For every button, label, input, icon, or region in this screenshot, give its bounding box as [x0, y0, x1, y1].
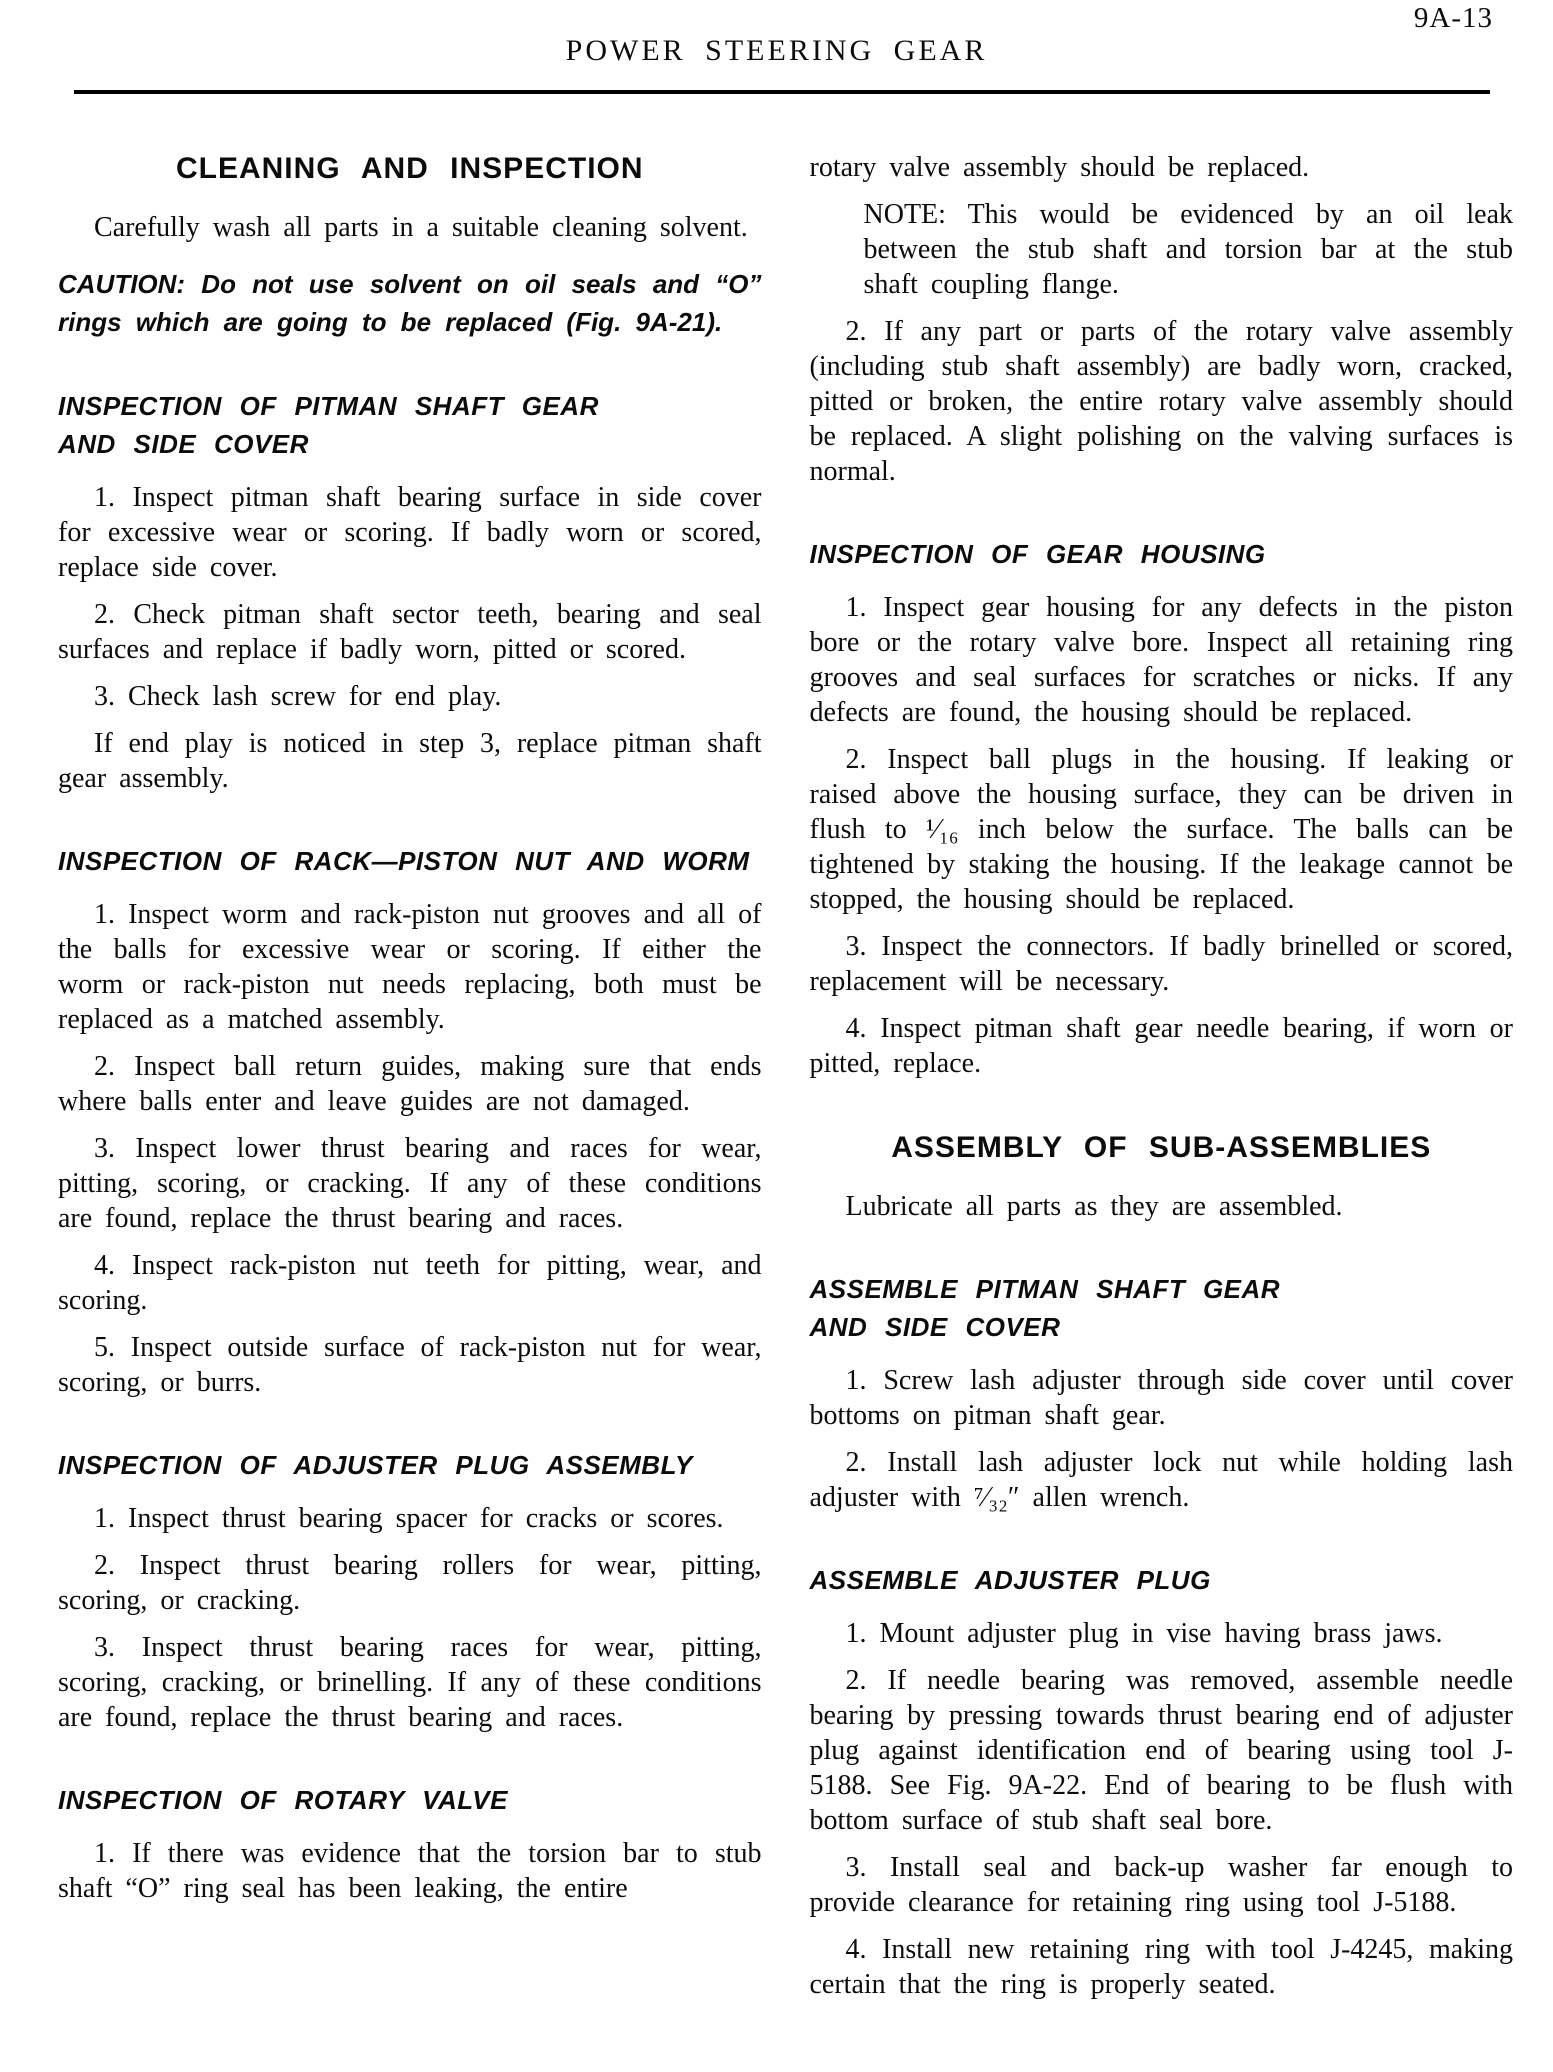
section-heading-assemble-adjuster-plug: ASSEMBLE ADJUSTER PLUG	[810, 1561, 1514, 1599]
two-column-body: CLEANING AND INSPECTION Carefully wash a…	[0, 94, 1553, 2014]
section-heading-rack-piston: INSPECTION OF RACK—PISTON NUT AND WORM	[58, 842, 762, 880]
section-heading-adjuster-plug-assembly: INSPECTION OF ADJUSTER PLUG ASSEMBLY	[58, 1446, 762, 1484]
numbered-step: 1. If there was evidence that the torsio…	[58, 1836, 762, 1906]
section-heading-gear-housing: INSPECTION OF GEAR HOUSING	[810, 535, 1514, 573]
section-heading-line: INSPECTION OF PITMAN SHAFT GEAR	[58, 387, 762, 425]
numbered-step: 3. Inspect thrust bearing races for wear…	[58, 1630, 762, 1735]
numbered-step: 1. Mount adjuster plug in vise having br…	[810, 1616, 1514, 1651]
page-title: POWER STEERING GEAR	[566, 34, 988, 67]
page-header: POWER STEERING GEAR 9A-13	[0, 0, 1553, 94]
numbered-step: 1. Screw lash adjuster through side cove…	[810, 1363, 1514, 1433]
right-column: rotary valve assembly should be replaced…	[810, 150, 1514, 2014]
section-heading-line: ASSEMBLE PITMAN SHAFT GEAR	[810, 1270, 1514, 1308]
numbered-step: 1. Inspect pitman shaft bearing surface …	[58, 480, 762, 585]
section-heading-line: AND SIDE COVER	[810, 1308, 1514, 1346]
numbered-step: 2. If any part or parts of the rotary va…	[810, 314, 1514, 489]
continuation-paragraph: rotary valve assembly should be replaced…	[810, 150, 1514, 185]
header-row: POWER STEERING GEAR 9A-13	[0, 0, 1553, 78]
numbered-step: 2. Install lash adjuster lock nut while …	[810, 1445, 1514, 1515]
main-heading-assembly-sub-assemblies: ASSEMBLY OF SUB-ASSEMBLIES	[810, 1129, 1514, 1167]
numbered-step: 2. Inspect ball return guides, making su…	[58, 1049, 762, 1119]
numbered-step: 1. Inspect thrust bearing spacer for cra…	[58, 1501, 762, 1536]
numbered-step: 3. Check lash screw for end play.	[58, 679, 762, 714]
numbered-step: 5. Inspect outside surface of rack-pisto…	[58, 1330, 762, 1400]
main-heading-cleaning-inspection: CLEANING AND INSPECTION	[58, 150, 762, 188]
body-paragraph: Lubricate all parts as they are assemble…	[810, 1189, 1514, 1224]
numbered-step: 4. Install new retaining ring with tool …	[810, 1932, 1514, 2002]
body-paragraph: Carefully wash all parts in a suitable c…	[58, 210, 762, 245]
numbered-step: 3. Inspect the connectors. If badly brin…	[810, 929, 1514, 999]
numbered-step: 2. Inspect thrust bearing rollers for we…	[58, 1548, 762, 1618]
numbered-step: 2. If needle bearing was removed, assemb…	[810, 1663, 1514, 1838]
left-column: CLEANING AND INSPECTION Carefully wash a…	[58, 150, 762, 1918]
numbered-step: 2. Check pitman shaft sector teeth, bear…	[58, 597, 762, 667]
section-heading-assemble-pitman: ASSEMBLE PITMAN SHAFT GEAR AND SIDE COVE…	[810, 1270, 1514, 1346]
section-heading-pitman-shaft-gear: INSPECTION OF PITMAN SHAFT GEAR AND SIDE…	[58, 387, 762, 463]
section-heading-rotary-valve: INSPECTION OF ROTARY VALVE	[58, 1781, 762, 1819]
caution-note: CAUTION: Do not use solvent on oil seals…	[58, 265, 762, 341]
numbered-step: 4. Inspect pitman shaft gear needle bear…	[810, 1011, 1514, 1081]
numbered-step: 3. Install seal and back-up washer far e…	[810, 1850, 1514, 1920]
numbered-step: 2. Inspect ball plugs in the housing. If…	[810, 742, 1514, 917]
numbered-step: 1. Inspect gear housing for any defects …	[810, 590, 1514, 730]
numbered-step: 3. Inspect lower thrust bearing and race…	[58, 1131, 762, 1236]
numbered-step: 1. Inspect worm and rack-piston nut groo…	[58, 897, 762, 1037]
section-heading-line: AND SIDE COVER	[58, 425, 762, 463]
page-number: 9A-13	[1414, 2, 1493, 35]
numbered-step: 4. Inspect rack-piston nut teeth for pit…	[58, 1248, 762, 1318]
note-block: NOTE: This would be evidenced by an oil …	[864, 197, 1514, 302]
manual-page: POWER STEERING GEAR 9A-13 CLEANING AND I…	[0, 0, 1553, 2072]
body-paragraph: If end play is noticed in step 3, replac…	[58, 726, 762, 796]
